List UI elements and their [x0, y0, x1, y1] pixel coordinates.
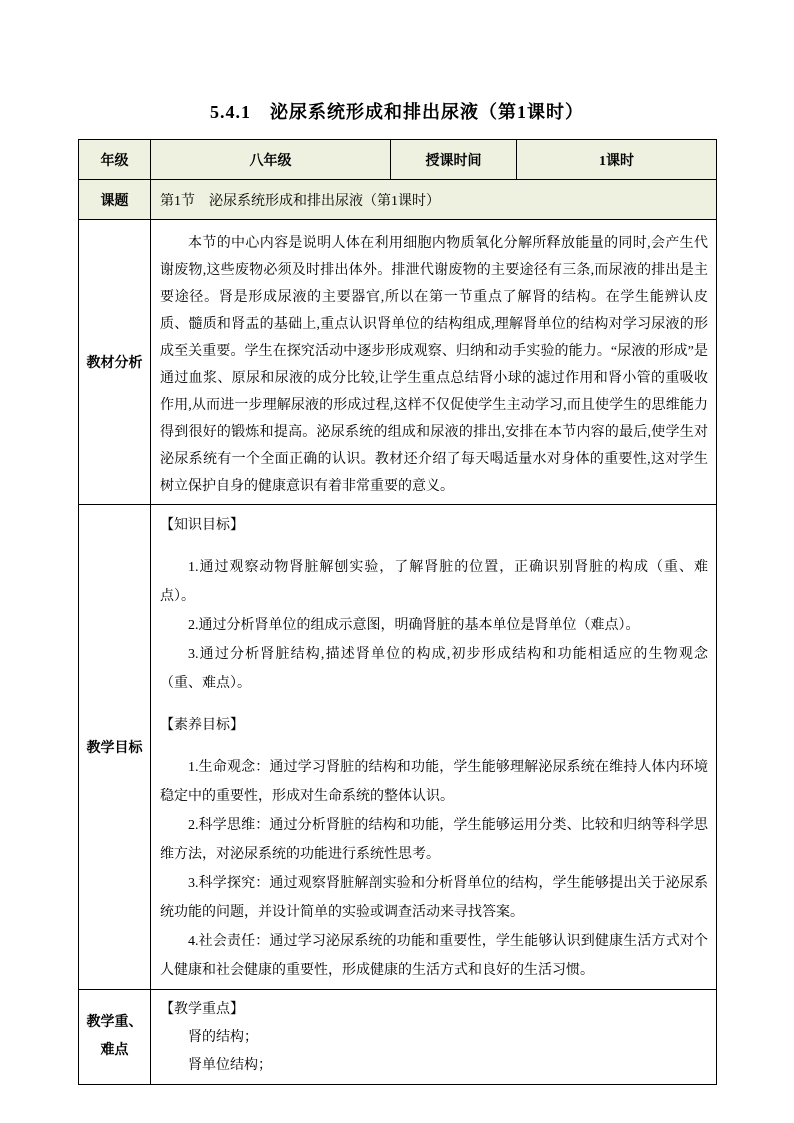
knowledge-goal-3: 3.通过分析肾脏结构,描述肾单位的构成,初步形成结构和功能相适应的生物观念（重、… [160, 640, 708, 698]
key-points-label-line1: 教学重、 [81, 1009, 148, 1037]
knowledge-goal-1: 1.通过观察动物肾脏解刨实验，了解肾脏的位置，正确识别肾脏的构成（重、难点）。 [160, 553, 708, 611]
key-points-heading: 【教学重点】 [160, 996, 708, 1024]
key-points-label-line2: 难点 [81, 1037, 148, 1065]
key-points-row: 教学重、 难点 【教学重点】 肾的结构； 肾单位结构； [79, 990, 717, 1085]
material-analysis-label: 教材分析 [79, 220, 151, 505]
material-analysis-text: 本节的中心内容是说明人体在利用细胞内物质氧化分解所释放能量的同时,会产生代谢废物… [160, 230, 708, 500]
knowledge-goal-2: 2.通过分析肾单位的组成示意图，明确肾脏的基本单位是肾单位（难点）。 [160, 611, 708, 640]
teaching-goals-label: 教学目标 [79, 505, 151, 990]
topic-row: 课题 第1节 泌尿系统形成和排出尿液（第1课时） [79, 180, 717, 220]
topic-value: 第1节 泌尿系统形成和排出尿液（第1课时） [151, 180, 717, 220]
material-analysis-row: 教材分析 本节的中心内容是说明人体在利用细胞内物质氧化分解所释放能量的同时,会产… [79, 220, 717, 505]
teaching-time-label: 授课时间 [391, 140, 517, 180]
literacy-goals-heading: 【素养目标】 [160, 711, 708, 740]
document-page: 5.4.1 泌尿系统形成和排出尿液（第1课时） 年级 八年级 授课时间 1课时 … [0, 0, 794, 1123]
grade-label: 年级 [79, 140, 151, 180]
page-title: 5.4.1 泌尿系统形成和排出尿液（第1课时） [0, 98, 794, 124]
key-points-label: 教学重、 难点 [79, 990, 151, 1085]
material-analysis-cell: 本节的中心内容是说明人体在利用细胞内物质氧化分解所释放能量的同时,会产生代谢废物… [151, 220, 717, 505]
literacy-goal-3: 3.科学探究：通过观察肾脏解剖实验和分析肾单位的结构，学生能够提出关于泌尿系统功… [160, 869, 708, 927]
topic-label: 课题 [79, 180, 151, 220]
literacy-goal-2: 2.科学思维：通过分析肾脏的结构和功能，学生能够运用分类、比较和归纳等科学思维方… [160, 811, 708, 869]
key-point-1: 肾的结构； [160, 1024, 708, 1052]
literacy-goal-1: 1.生命观念：通过学习肾脏的结构和功能，学生能够理解泌尿系统在维持人体内环境稳定… [160, 753, 708, 811]
teaching-goals-row: 教学目标 【知识目标】 1.通过观察动物肾脏解刨实验，了解肾脏的位置，正确识别肾… [79, 505, 717, 990]
literacy-goal-4: 4.社会责任：通过学习泌尿系统的功能和重要性，学生能够认识到健康生活方式对个人健… [160, 927, 708, 985]
grade-value: 八年级 [151, 140, 391, 180]
key-point-2: 肾单位结构； [160, 1052, 708, 1080]
key-points-cell: 【教学重点】 肾的结构； 肾单位结构； [151, 990, 717, 1085]
grade-row: 年级 八年级 授课时间 1课时 [79, 140, 717, 180]
lesson-plan-table: 年级 八年级 授课时间 1课时 课题 第1节 泌尿系统形成和排出尿液（第1课时）… [78, 139, 717, 1085]
teaching-goals-cell: 【知识目标】 1.通过观察动物肾脏解刨实验，了解肾脏的位置，正确识别肾脏的构成（… [151, 505, 717, 990]
teaching-time-value: 1课时 [517, 140, 717, 180]
knowledge-goals-heading: 【知识目标】 [160, 511, 708, 540]
